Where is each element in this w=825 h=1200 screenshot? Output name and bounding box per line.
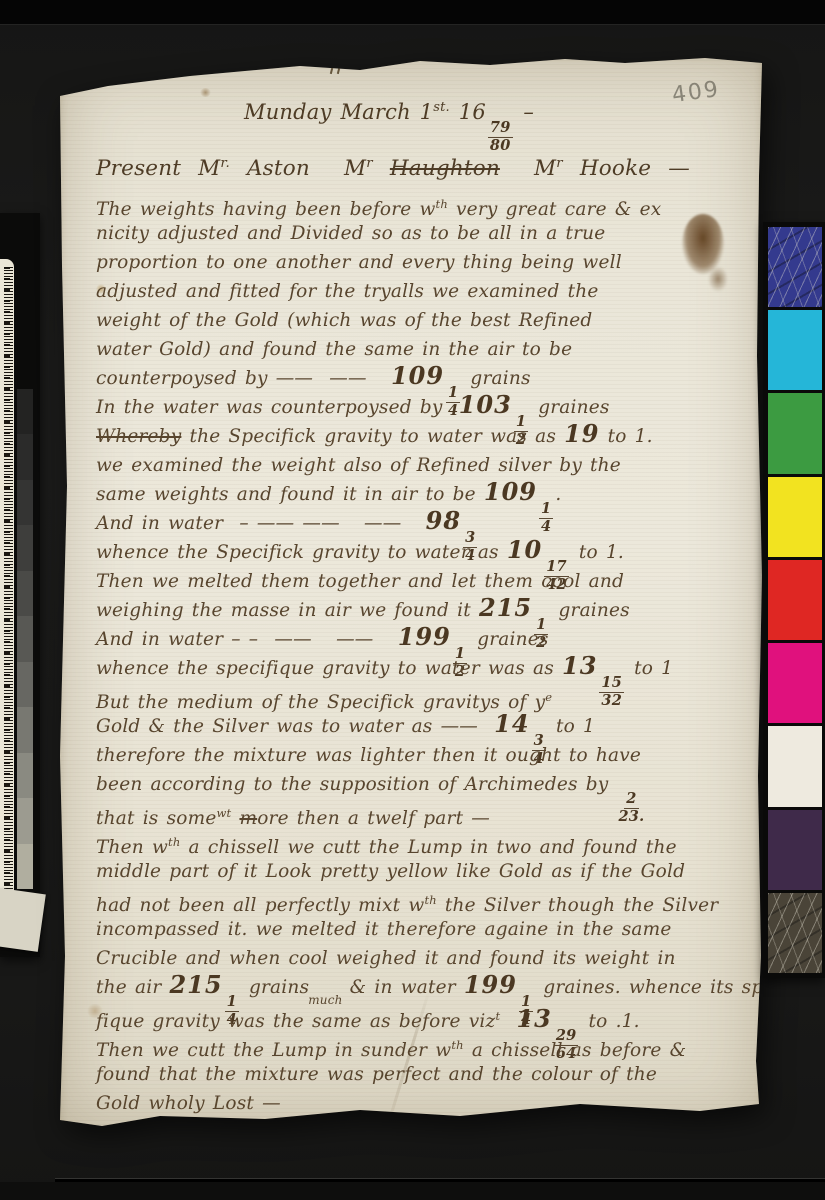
color-patch-magenta [768,643,822,723]
manuscript-line: Gold wholy Lost — [96,1089,758,1118]
fraction-segment: 1532 [599,676,624,708]
color-calibration-bar [763,222,825,978]
text-segment: had not been all perfectly mixt w [96,895,424,916]
text-segment: to 1 [626,658,673,679]
text-segment: Crucible and when cool weighed it and fo… [96,948,676,969]
manuscript-line: incompassed it. we melted it therefore a… [96,915,758,944]
number-segment: 215 [479,593,532,622]
text-segment: 16 [450,100,486,124]
struck-text-segment: Haughton [390,156,500,181]
number-segment: 14 [494,709,529,738]
manuscript-line: weighing the masse in air we found it 21… [96,596,758,625]
text-segment: grains [241,977,309,998]
grayscale-step [17,707,33,752]
number-segment: 215 [169,970,222,999]
text-segment: grains [462,368,530,389]
text-segment: a chissell we cutt the Lump in two and f… [180,837,676,858]
color-patch-blue [768,227,822,307]
manuscript-line: had not been all perfectly mixt wth the … [96,886,758,915]
superscript-segment: r. [220,156,230,171]
superscript-segment: st. [433,100,450,115]
grayscale-step [17,434,33,479]
superscript-segment: th [168,835,180,849]
number-segment: 19 [564,419,599,448]
text-segment: The weights having been before w [96,199,436,220]
text-segment: very great care & ex [448,199,661,220]
superscript-segment: th [424,893,436,907]
manuscript-line: In the water was counterpoysed by 10312 … [96,393,758,422]
text-segment [500,1011,516,1032]
text-segment: adjusted and fitted for the tryalls we e… [96,281,599,302]
manuscript-line: And in water – —— —— —— 9834 [96,509,758,538]
text-segment: Then w [96,837,168,858]
ruler-scale [0,259,14,903]
backdrop-top-band [0,0,825,25]
text-segment: . [555,484,561,505]
superscript-segment: r [556,156,563,171]
ruler-card [0,213,40,957]
grayscale-step [17,389,33,434]
manuscript-line: But the medium of the Specifick gravitys… [96,683,758,712]
text-segment: graines [550,600,629,621]
number-segment: 13 [516,1004,551,1033]
stray-ink-marks [328,64,344,76]
text-segment: graines [469,629,548,650]
manuscript-line: Crucible and when cool weighed it and fo… [96,944,758,973]
superscript-segment: wt [217,806,232,820]
text-segment: the Specifick gravity to water was as [181,426,564,447]
manuscript-line: counterpoysed by —— —— 10914 grains [96,364,758,393]
fraction-segment: 223. [619,792,645,824]
fraction-segment: 14 [539,502,553,534]
text-segment: But the medium of the Specifick gravitys… [96,692,545,713]
manuscript-line: Whereby the Specifick gravity to water w… [96,422,758,451]
text-segment: water Gold) and found the same in the ai… [96,339,572,360]
text-segment: Then we melted them together and let the… [96,571,624,592]
manuscript-line: middle part of it Look pretty yellow lik… [96,857,758,886]
number-segment: 13 [562,651,597,680]
struck-text-segment: Whereby [96,426,181,447]
manuscript-line: whence the specifique gravity to water w… [96,654,758,683]
manuscript-line: the air 21514 grainsmuch & in water 1991… [96,973,758,1002]
text-segment: – [515,100,535,124]
color-patch-yellow [768,477,822,557]
backdrop-bottom-band [0,1182,825,1200]
text-segment: nicity adjusted and Divided so as to be … [96,223,605,244]
manuscript-paper: 409 Munday March 1st. 167980 –Present Mr… [60,56,762,1132]
manuscript-line: fique gravity was the same as before viz… [96,1002,758,1031]
superscript-segment: r [366,156,373,171]
text-segment: graines [530,397,609,418]
manuscript-line: The weights having been before wth very … [96,190,758,219]
manuscript-line: And in water – – —— —— 19912 graines [96,625,758,654]
grayscale-step [17,844,33,889]
text-segment: proportion to one another and every thin… [96,252,622,273]
text-segment: ore then a twelf part — [257,808,490,829]
superscript-segment: e [545,690,552,704]
color-patch-dark-purple [768,810,822,890]
manuscript-line: proportion to one another and every thin… [96,248,758,277]
text-segment: been according to the supposition of Arc… [96,774,617,795]
number-segment: 199 [464,970,517,999]
manuscript-line: nicity adjusted and Divided so as to be … [96,219,758,248]
manuscript-line: therefore the mixture was lighter then i… [96,741,758,770]
color-patch-red [768,560,822,640]
manuscript-line: that is somewt more then a twelf part — [96,799,758,828]
manuscript-line: been according to the supposition of Arc… [96,770,758,799]
text-segment: Hooke — [563,156,690,181]
grayscale-step [17,662,33,707]
text-segment: to 1. [600,426,653,447]
number-segment: 10 [507,535,542,564]
manuscript-line: adjusted and fitted for the tryalls we e… [96,277,758,306]
number-segment: 109 [484,477,537,506]
grayscale-wedge [17,389,33,889]
manuscript-line: Then we cutt the Lump in sunder wth a ch… [96,1031,758,1060]
manuscript-line: same weights and found it in air to be 1… [96,480,758,509]
text-segment: weight of the Gold (which was of the bes… [96,310,592,331]
number-segment: 103 [459,390,512,419]
grayscale-step [17,525,33,570]
text-segment: whence the Specifick gravity to water as [96,542,507,563]
manuscript-line: water Gold) and found the same in the ai… [96,335,758,364]
text-segment: a chissell as before & [464,1040,687,1061]
paper-shadow-wrap: 409 Munday March 1st. 167980 –Present Mr… [60,56,762,1132]
text-segment: to 1 [548,716,595,737]
number-segment: 199 [398,622,451,651]
inserted-word-segment: much [308,993,342,1007]
manuscript-line: we examined the weight also of Refined s… [96,451,758,480]
grayscale-step [17,480,33,525]
superscript-segment: th [451,1038,463,1052]
number-segment: 98 [426,506,461,535]
text-segment: Munday March 1 [244,100,433,124]
text-segment: to .1. [580,1011,639,1032]
grayscale-step [17,571,33,616]
text-segment: Gold wholy Lost — [96,1093,281,1114]
text-segment [373,156,390,181]
grayscale-step [17,616,33,661]
manuscript-line: Then wth a chissell we cutt the Lump in … [96,828,758,857]
color-patch-black-textured [768,893,822,973]
text-segment: to 1. [571,542,624,563]
manuscript-line: weight of the Gold (which was of the bes… [96,306,758,335]
text-segment: therefore the mixture was lighter then i… [96,745,641,766]
struck-text-segment: m [239,808,257,829]
text-segment: Aston M [230,156,366,181]
text-segment: incompassed it. we melted it therefore a… [96,919,672,940]
number-segment: 109 [391,361,444,390]
text-segment: whence the specifique gravity to water w… [96,658,562,679]
color-patch-cyan [768,310,822,390]
text-segment: fique gravity was the same as before viz [96,1011,495,1032]
text-segment: that is some [96,808,217,829]
text-segment: middle part of it Look pretty yellow lik… [96,861,685,882]
manuscript-photo: 409 Munday March 1st. 167980 –Present Mr… [0,0,825,1200]
grayscale-step [17,753,33,798]
text-segment: And in water – —— —— —— [96,513,426,534]
text-segment: weighing the masse in air we found it [96,600,479,621]
text-segment: found that the mixture was perfect and t… [96,1064,657,1085]
text-segment: M [500,156,556,181]
text-segment: & in water [342,977,464,998]
text-segment: same weights and found it in air to be [96,484,484,505]
superscript-segment: th [436,197,448,211]
text-segment: counterpoysed by —— —— [96,368,391,389]
text-segment: Gold & the Silver was to water as —— [96,716,494,737]
text-segment: And in water – – —— —— [96,629,398,650]
color-patch-green [768,393,822,473]
manuscript-line: Munday March 1st. 167980 – [96,84,758,144]
grayscale-step [17,798,33,843]
manuscript-line: whence the Specifick gravity to water as… [96,538,758,567]
manuscript-line: Present Mr. Aston Mr Haughton Mr Hooke — [96,144,758,190]
text-segment: we examined the weight also of Refined s… [96,455,621,476]
color-patch-white [768,726,822,806]
manuscript-line: found that the mixture was perfect and t… [96,1060,758,1089]
text-segment: graines. whence its speci [535,977,762,998]
text-segment: Present M [96,156,220,181]
text-segment: the air [96,977,169,998]
manuscript-text: Munday March 1st. 167980 –Present Mr. As… [96,84,758,1118]
text-segment: the Silver though the Silver [437,895,718,916]
manuscript-line: Gold & the Silver was to water as —— 143… [96,712,758,741]
manuscript-line: Then we melted them together and let the… [96,567,758,596]
backdrop-seam [55,1178,825,1182]
white-corner-card [0,888,46,952]
text-segment: In the water was counterpoysed by [96,397,459,418]
text-segment: Then we cutt the Lump in sunder w [96,1040,451,1061]
